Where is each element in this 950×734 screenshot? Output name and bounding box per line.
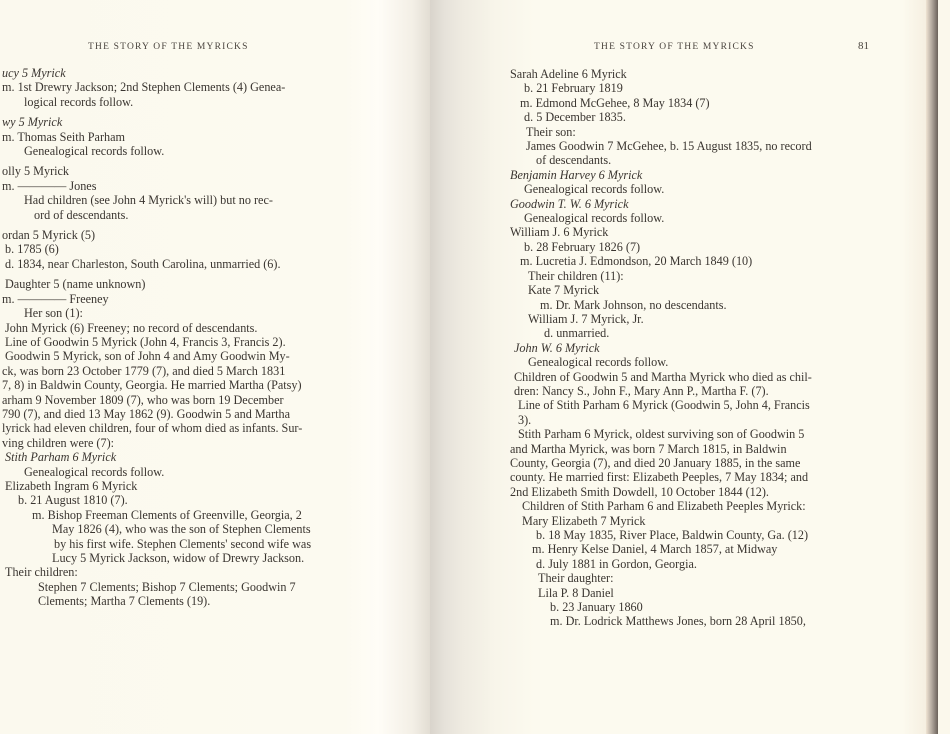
text-line: Their son: — [510, 125, 812, 139]
text-line: Stith Parham 6 Myrick, oldest surviving … — [510, 427, 812, 441]
text-line: m. Lucretia J. Edmondson, 20 March 1849 … — [510, 254, 812, 268]
text-line: b. 23 January 1860 — [510, 600, 812, 614]
text-line: William J. 7 Myrick, Jr. — [510, 312, 812, 326]
text-line: of descendants. — [510, 153, 812, 167]
text-line: d. 5 December 1835. — [510, 110, 812, 124]
text-line: Mary Elizabeth 7 Myrick — [510, 514, 812, 528]
text-line: Daughter 5 (name unknown) — [2, 277, 311, 291]
text-line: Genealogical records follow. — [510, 211, 812, 225]
text-line: Their daughter: — [510, 571, 812, 585]
text-line: 790 (7), and died 13 May 1862 (9). Goodw… — [2, 407, 311, 421]
text-line: Children of Stith Parham 6 and Elizabeth… — [510, 499, 812, 513]
text-line: ck, was born 23 October 1779 (7), and di… — [2, 364, 311, 378]
text-line: Stephen 7 Clements; Bishop 7 Clements; G… — [2, 580, 311, 594]
text-line: 7, 8) in Baldwin County, Georgia. He mar… — [2, 378, 311, 392]
text-line: d. unmarried. — [510, 326, 812, 340]
text-line: Genealogical records follow. — [510, 355, 812, 369]
text-line: m. Henry Kelse Daniel, 4 March 1857, at … — [510, 542, 812, 556]
text-line: Lila P. 8 Daniel — [510, 586, 812, 600]
page-edge — [926, 0, 938, 734]
text-line: Stith Parham 6 Myrick — [2, 450, 311, 464]
text-line: James Goodwin 7 McGehee, b. 15 August 18… — [510, 139, 812, 153]
text-line: m. Dr. Lodrick Matthews Jones, born 28 A… — [510, 614, 812, 628]
text-line: 2nd Elizabeth Smith Dowdell, 10 October … — [510, 485, 812, 499]
text-line: Goodwin T. W. 6 Myrick — [510, 197, 812, 211]
left-page-body: ucy 5 Myrickm. 1st Drewry Jackson; 2nd S… — [2, 66, 311, 609]
text-line: m. 1st Drewry Jackson; 2nd Stephen Cleme… — [2, 80, 311, 94]
text-line: Line of Goodwin 5 Myrick (John 4, Franci… — [2, 335, 311, 349]
text-line: Had children (see John 4 Myrick's will) … — [2, 193, 311, 207]
text-line: b. 18 May 1835, River Place, Baldwin Cou… — [510, 528, 812, 542]
text-line: Line of Stith Parham 6 Myrick (Goodwin 5… — [510, 398, 812, 412]
text-line: May 1826 (4), who was the son of Stephen… — [2, 522, 311, 536]
text-line: Sarah Adeline 6 Myrick — [510, 67, 812, 81]
page-number: 81 — [858, 40, 869, 52]
text-line: Children of Goodwin 5 and Martha Myrick … — [510, 370, 812, 384]
text-line: ordan 5 Myrick (5) — [2, 228, 311, 242]
text-line: d. 1834, near Charleston, South Carolina… — [2, 257, 311, 271]
text-line: logical records follow. — [2, 95, 311, 109]
text-line: arham 9 November 1809 (7), who was born … — [2, 393, 311, 407]
text-line: ving children were (7): — [2, 436, 311, 450]
text-line: b. 21 August 1810 (7). — [2, 493, 311, 507]
text-line: county. He married first: Elizabeth Peep… — [510, 470, 812, 484]
text-line: Benjamin Harvey 6 Myrick — [510, 168, 812, 182]
text-line: Kate 7 Myrick — [510, 283, 812, 297]
text-line: Clements; Martha 7 Clements (19). — [2, 594, 311, 608]
running-head-right: THE STORY OF THE MYRICKS — [594, 42, 755, 52]
text-line: ucy 5 Myrick — [2, 66, 311, 80]
text-line: Lucy 5 Myrick Jackson, widow of Drewry J… — [2, 551, 311, 565]
text-line: b. 28 February 1826 (7) — [510, 240, 812, 254]
text-line: m. Bishop Freeman Clements of Greenville… — [2, 508, 311, 522]
text-line: dren: Nancy S., John F., Mary Ann P., Ma… — [510, 384, 812, 398]
right-page-body: Sarah Adeline 6 Myrickb. 21 February 181… — [510, 67, 812, 629]
text-line: Her son (1): — [2, 306, 311, 320]
text-line: m. ———— Freeney — [2, 292, 311, 306]
text-line: Their children: — [2, 565, 311, 579]
text-line: Genealogical records follow. — [510, 182, 812, 196]
text-line: Elizabeth Ingram 6 Myrick — [2, 479, 311, 493]
text-line: ord of descendants. — [2, 208, 311, 222]
text-line: by his first wife. Stephen Clements' sec… — [2, 537, 311, 551]
text-line: wy 5 Myrick — [2, 115, 311, 129]
running-head-left: THE STORY OF THE MYRICKS — [88, 42, 249, 52]
text-line: William J. 6 Myrick — [510, 225, 812, 239]
book-gutter — [430, 0, 490, 734]
text-line: b. 1785 (6) — [2, 242, 311, 256]
left-page: THE STORY OF THE MYRICKS ucy 5 Myrickm. … — [0, 0, 430, 734]
text-line: John W. 6 Myrick — [510, 341, 812, 355]
text-line: olly 5 Myrick — [2, 164, 311, 178]
text-line: 3). — [510, 413, 812, 427]
text-line: m. Edmond McGehee, 8 May 1834 (7) — [510, 96, 812, 110]
text-line: Genealogical records follow. — [2, 465, 311, 479]
text-line: d. July 1881 in Gordon, Georgia. — [510, 557, 812, 571]
text-line: b. 21 February 1819 — [510, 81, 812, 95]
text-line: m. Thomas Seith Parham — [2, 130, 311, 144]
text-line: John Myrick (6) Freeney; no record of de… — [2, 321, 311, 335]
text-line: County, Georgia (7), and died 20 January… — [510, 456, 812, 470]
text-line: m. Dr. Mark Johnson, no descendants. — [510, 298, 812, 312]
text-line: and Martha Myrick, was born 7 March 1815… — [510, 442, 812, 456]
text-line: m. ———— Jones — [2, 179, 311, 193]
text-line: Goodwin 5 Myrick, son of John 4 and Amy … — [2, 349, 311, 363]
text-line: Genealogical records follow. — [2, 144, 311, 158]
text-line: lyrick had eleven children, four of whom… — [2, 421, 311, 435]
right-page: THE STORY OF THE MYRICKS 81 Sarah Adelin… — [490, 0, 938, 734]
text-line: Their children (11): — [510, 269, 812, 283]
